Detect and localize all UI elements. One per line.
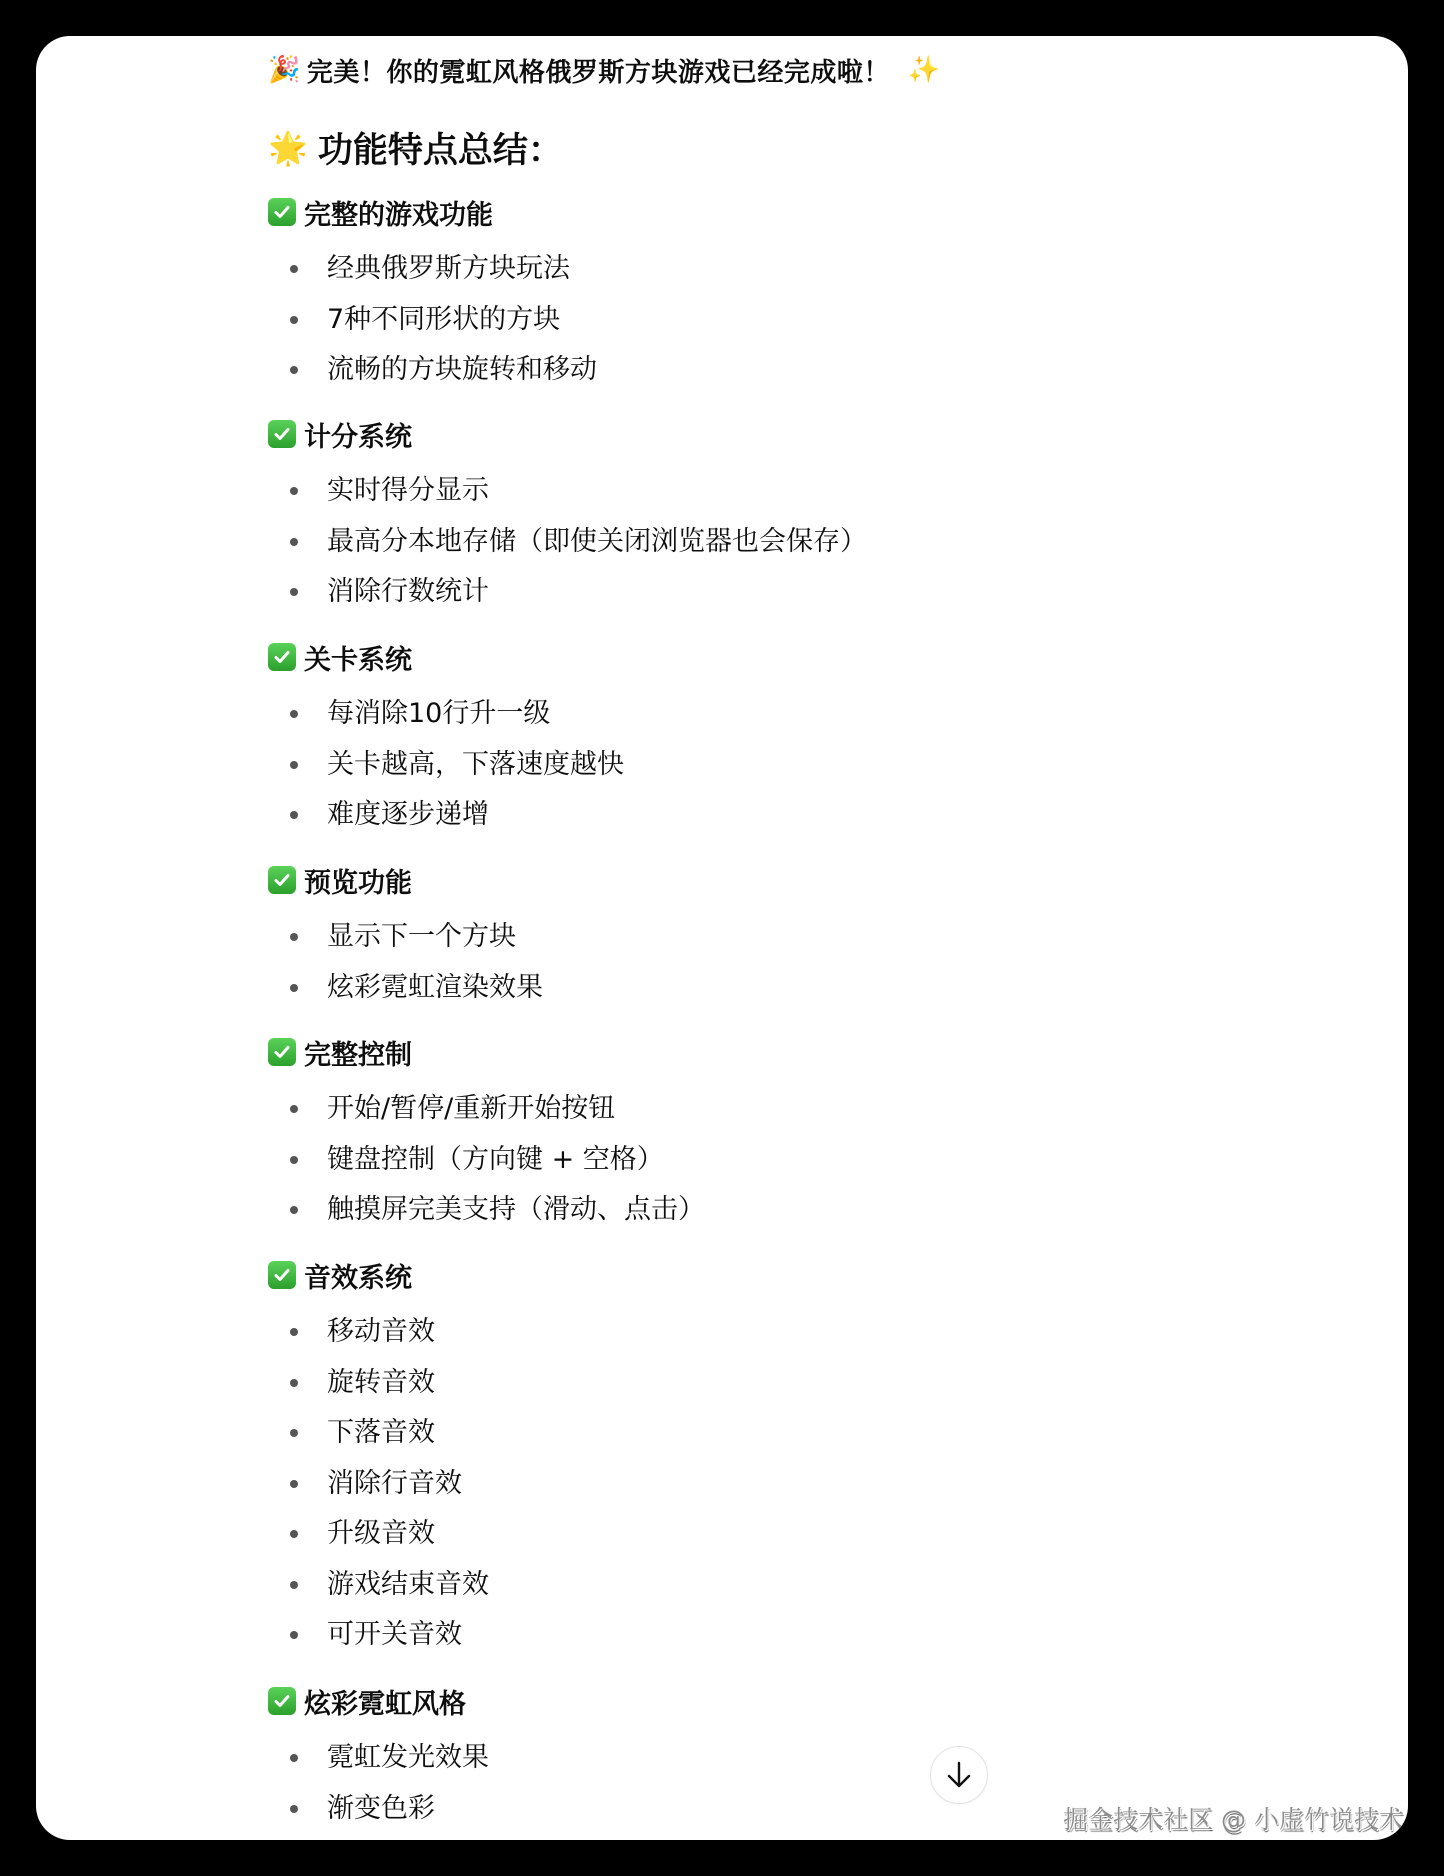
list-item-text: 每消除10行升一级 (327, 698, 550, 729)
list-item-text: 可开关音效 (327, 1619, 462, 1650)
list-item-text: 最高分本地存储（即使关闭浏览器也会保存） (327, 526, 867, 557)
section-heading-text: 计分系统 (304, 415, 412, 454)
list-item-text: 炫彩霓虹渲染效果 (327, 972, 543, 1003)
list-item-text: 开始/暂停/重新开始按钮 (327, 1093, 615, 1124)
bullet-icon (290, 1429, 298, 1437)
list-item-text: 游戏结束音效 (327, 1569, 489, 1600)
bullet-icon (290, 811, 298, 819)
list-item: 难度逐步递增 (268, 797, 624, 848)
bullet-icon (290, 366, 298, 374)
list-item-text: 下落音效 (327, 1417, 435, 1448)
feature-list: 霓虹发光效果 渐变色彩 (268, 1740, 489, 1840)
list-item-text: 霓虹发光效果 (327, 1742, 489, 1773)
bullet-icon (290, 1631, 298, 1639)
bullet-icon (290, 1480, 298, 1488)
section-heading: 预览功能 (268, 862, 543, 898)
list-item: 每消除10行升一级 (268, 696, 624, 747)
section-levels: 关卡系统 每消除10行升一级 关卡越高，下落速度越快 难度逐步递增 (268, 639, 624, 848)
list-item-text: 显示下一个方块 (327, 921, 516, 952)
bullet-icon (290, 1156, 298, 1164)
feature-list: 实时得分显示 最高分本地存储（即使关闭浏览器也会保存） 消除行数统计 (268, 473, 867, 625)
list-item-text: 实时得分显示 (327, 475, 489, 506)
bullet-icon (290, 710, 298, 718)
list-item-text: 移动音效 (327, 1316, 435, 1347)
glowing-star-icon: 🌟 (268, 132, 308, 164)
list-item: 可开关音效 (268, 1617, 489, 1668)
list-item-text: 关卡越高，下落速度越快 (327, 749, 624, 780)
list-item-text: 7种不同形状的方块 (327, 304, 560, 335)
list-item: 下落音效 (268, 1415, 489, 1466)
section-heading: 计分系统 (268, 416, 867, 452)
section-controls: 完整控制 开始/暂停/重新开始按钮 键盘控制（方向键 + 空格） 触摸屏完美支持… (268, 1034, 705, 1243)
list-item: 实时得分显示 (268, 473, 867, 524)
list-item-text: 消除行数统计 (327, 576, 489, 607)
list-item: 键盘控制（方向键 + 空格） (268, 1142, 705, 1193)
bullet-icon (290, 588, 298, 596)
feature-list: 移动音效 旋转音效 下落音效 消除行音效 升级音效 游戏结束音效 可开关音效 (268, 1314, 489, 1668)
list-item: 经典俄罗斯方块玩法 (268, 251, 597, 302)
list-item-text: 旋转音效 (327, 1367, 435, 1398)
section-heading: 完整的游戏功能 (268, 194, 597, 230)
check-mark-icon (268, 198, 296, 226)
check-mark-icon (268, 643, 296, 671)
bullet-icon (290, 1105, 298, 1113)
list-item: 显示下一个方块 (268, 919, 543, 970)
list-item: 关卡越高，下落速度越快 (268, 747, 624, 798)
bullet-icon (290, 1805, 298, 1813)
title-text: 完美！你的霓虹风格俄罗斯方块游戏已经完成啦！ (307, 52, 890, 89)
bullet-icon (290, 933, 298, 941)
watermark: 掘金技术社区 @ 小虚竹说技术 (1063, 1800, 1404, 1836)
list-item: 升级音效 (268, 1516, 489, 1567)
bullet-icon (290, 487, 298, 495)
check-mark-icon (268, 1261, 296, 1289)
list-item: 渐变色彩 (268, 1791, 489, 1841)
bullet-icon (290, 984, 298, 992)
section-heading-text: 音效系统 (304, 1256, 412, 1295)
list-item-text: 经典俄罗斯方块玩法 (327, 253, 570, 284)
list-item: 触摸屏完美支持（滑动、点击） (268, 1192, 705, 1243)
check-mark-icon (268, 420, 296, 448)
summary-heading-text: 功能特点总结： (318, 123, 563, 173)
list-item: 消除行音效 (268, 1466, 489, 1517)
list-item-text: 消除行音效 (327, 1468, 462, 1499)
check-mark-icon (268, 1687, 296, 1715)
bullet-icon (290, 1581, 298, 1589)
section-preview: 预览功能 显示下一个方块 炫彩霓虹渲染效果 (268, 862, 543, 1020)
section-heading-text: 完整控制 (304, 1033, 412, 1072)
bullet-icon (290, 538, 298, 546)
section-game-features: 完整的游戏功能 经典俄罗斯方块玩法 7种不同形状的方块 流畅的方块旋转和移动 (268, 194, 597, 403)
bullet-icon (290, 1379, 298, 1387)
list-item: 霓虹发光效果 (268, 1740, 489, 1791)
chat-message-card: 🎉 完美！你的霓虹风格俄罗斯方块游戏已经完成啦！ ✨ 🌟 功能特点总结： 完整的… (36, 36, 1408, 1840)
check-mark-icon (268, 1038, 296, 1066)
list-item-text: 键盘控制（方向键 + 空格） (327, 1144, 664, 1175)
list-item: 旋转音效 (268, 1365, 489, 1416)
bullet-icon (290, 1530, 298, 1538)
list-item: 炫彩霓虹渲染效果 (268, 970, 543, 1021)
section-heading: 炫彩霓虹风格 (268, 1683, 489, 1719)
bullet-icon (290, 1328, 298, 1336)
feature-list: 开始/暂停/重新开始按钮 键盘控制（方向键 + 空格） 触摸屏完美支持（滑动、点… (268, 1091, 705, 1243)
summary-heading: 🌟 功能特点总结： (268, 124, 563, 172)
message-title: 🎉 完美！你的霓虹风格俄罗斯方块游戏已经完成啦！ ✨ (268, 50, 941, 90)
list-item: 开始/暂停/重新开始按钮 (268, 1091, 705, 1142)
section-heading-text: 炫彩霓虹风格 (304, 1682, 466, 1721)
bullet-icon (290, 761, 298, 769)
bullet-icon (290, 265, 298, 273)
section-heading: 音效系统 (268, 1257, 489, 1293)
feature-list: 显示下一个方块 炫彩霓虹渲染效果 (268, 919, 543, 1020)
feature-list: 每消除10行升一级 关卡越高，下落速度越快 难度逐步递增 (268, 696, 624, 848)
section-sound: 音效系统 移动音效 旋转音效 下落音效 消除行音效 升级音效 游戏结束音效 可开… (268, 1257, 489, 1668)
bullet-icon (290, 1754, 298, 1762)
section-heading-text: 完整的游戏功能 (304, 193, 493, 232)
section-heading-text: 预览功能 (304, 861, 412, 900)
feature-list: 经典俄罗斯方块玩法 7种不同形状的方块 流畅的方块旋转和移动 (268, 251, 597, 403)
sparkles-icon: ✨ (908, 57, 941, 83)
list-item: 7种不同形状的方块 (268, 302, 597, 353)
section-heading-text: 关卡系统 (304, 638, 412, 677)
list-item: 最高分本地存储（即使关闭浏览器也会保存） (268, 524, 867, 575)
list-item: 消除行数统计 (268, 574, 867, 625)
scroll-to-bottom-button[interactable] (930, 1746, 988, 1804)
list-item: 游戏结束音效 (268, 1567, 489, 1618)
bullet-icon (290, 316, 298, 324)
list-item-text: 难度逐步递增 (327, 799, 489, 830)
list-item: 移动音效 (268, 1314, 489, 1365)
section-heading: 关卡系统 (268, 639, 624, 675)
section-heading: 完整控制 (268, 1034, 705, 1070)
section-scoring: 计分系统 实时得分显示 最高分本地存储（即使关闭浏览器也会保存） 消除行数统计 (268, 416, 867, 625)
list-item-text: 触摸屏完美支持（滑动、点击） (327, 1194, 705, 1225)
check-mark-icon (268, 866, 296, 894)
list-item-text: 渐变色彩 (327, 1793, 435, 1824)
bullet-icon (290, 1206, 298, 1214)
section-neon-style: 炫彩霓虹风格 霓虹发光效果 渐变色彩 (268, 1683, 489, 1840)
arrow-down-icon (946, 1760, 972, 1790)
list-item-text: 升级音效 (327, 1518, 435, 1549)
party-popper-icon: 🎉 (268, 57, 301, 83)
list-item: 流畅的方块旋转和移动 (268, 352, 597, 403)
list-item-text: 流畅的方块旋转和移动 (327, 354, 597, 385)
